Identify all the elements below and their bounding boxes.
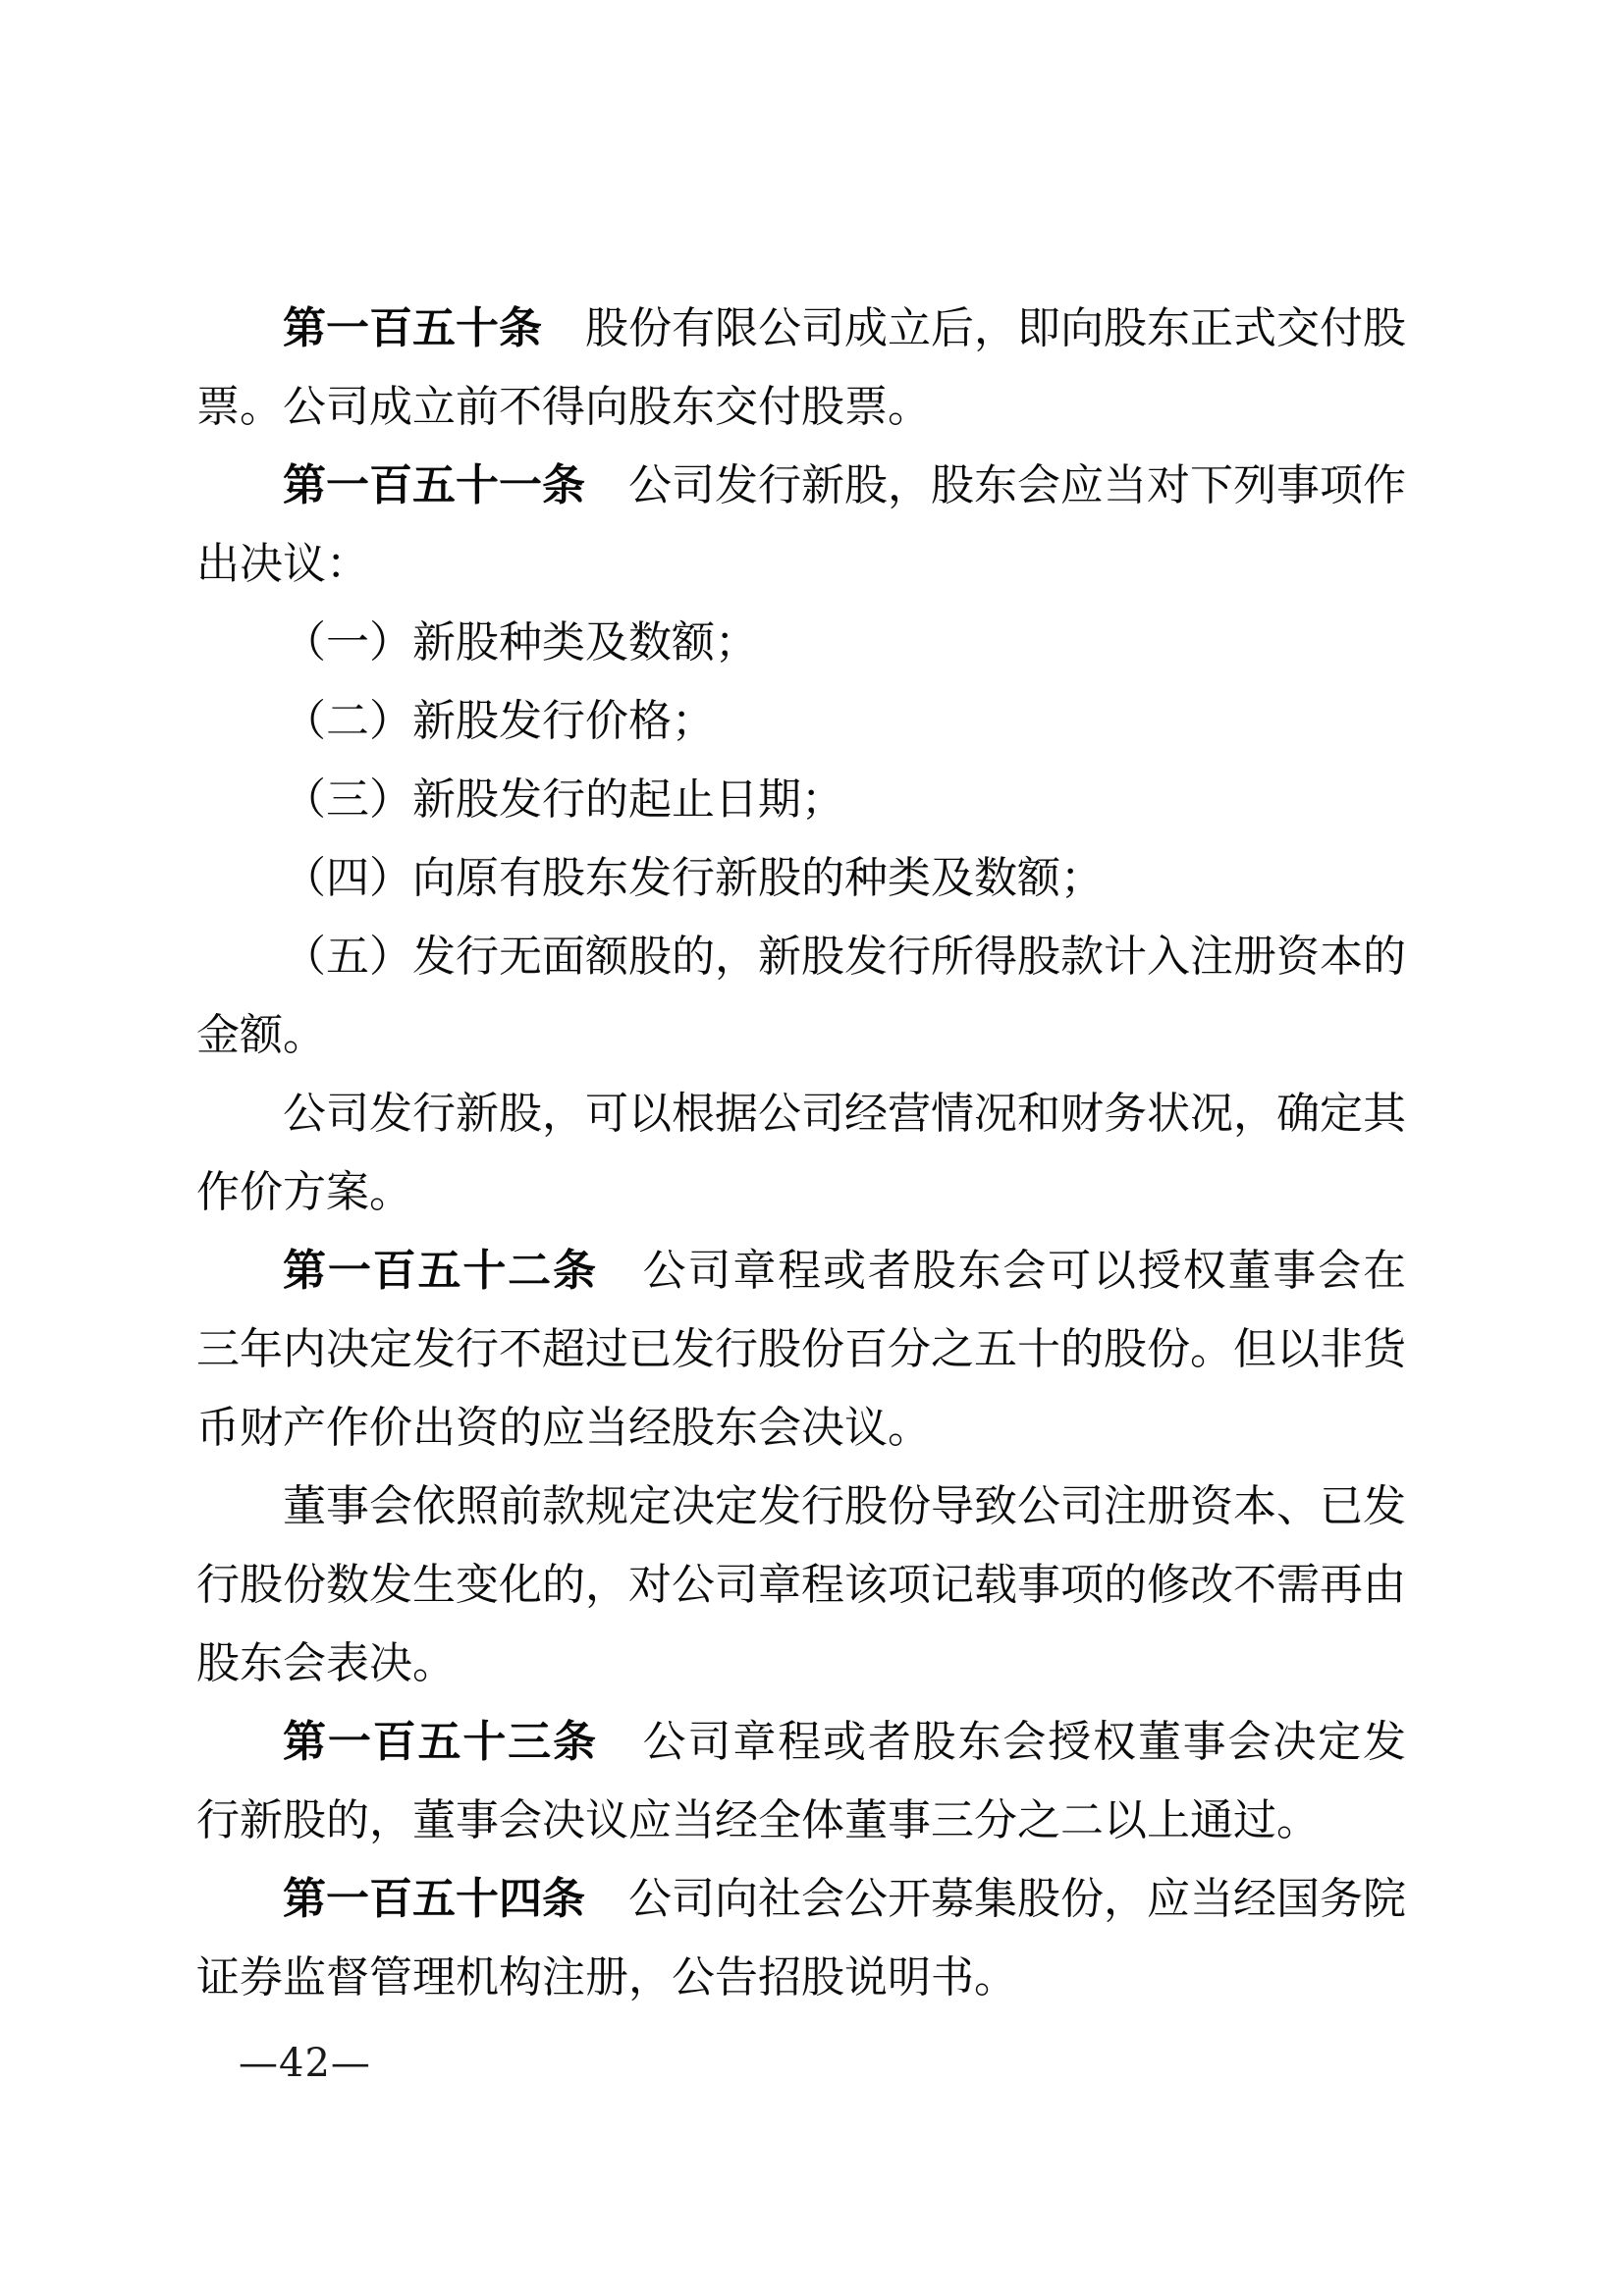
article-number: 第一百五十三条 (283, 1718, 598, 1766)
text-line-16: 董事会依照前款规定决定发行股份导致公司注册资本、已发 (196, 1468, 1406, 1546)
text-run: 票。公司成立前不得向股东交付股票。 (196, 383, 931, 431)
text-run: （一）新股种类及数额； (283, 618, 758, 667)
text-line-5: （一）新股种类及数额； (196, 604, 1406, 682)
article-number: 第一百五十条 (283, 304, 542, 352)
text-line-4: 出决议： (196, 525, 1406, 604)
text-line-19: 第一百五十三条 公司章程或者股东会授权董事会决定发 (196, 1703, 1406, 1782)
text-line-13: 第一百五十二条 公司章程或者股东会可以授权董事会在 (196, 1232, 1406, 1310)
text-run: 公司章程或者股东会授权董事会决定发 (598, 1718, 1406, 1766)
text-run: 公司发行新股，股东会应当对下列事项作 (585, 461, 1406, 509)
text-run: 行新股的，董事会决议应当经全体董事三分之二以上通过。 (196, 1796, 1320, 1844)
text-run: 金额。 (196, 1011, 326, 1059)
text-line-2: 票。公司成立前不得向股东交付股票。 (196, 368, 1406, 447)
text-line-10: 金额。 (196, 996, 1406, 1075)
text-line-3: 第一百五十一条 公司发行新股，股东会应当对下列事项作 (196, 447, 1406, 525)
text-line-22: 证券监督管理机构注册，公告招股说明书。 (196, 1939, 1406, 2017)
text-line-9: （五）发行无面额股的，新股发行所得股款计入注册资本的 (196, 918, 1406, 996)
text-run: 公司向社会公开募集股份，应当经国务院 (585, 1875, 1406, 1923)
text-line-18: 股东会表决。 (196, 1625, 1406, 1703)
text-run: 行股份数发生变化的，对公司章程该项记载事项的修改不需再由 (196, 1561, 1406, 1609)
text-line-7: （三）新股发行的起止日期； (196, 761, 1406, 839)
text-run: 作价方案。 (196, 1168, 412, 1216)
text-run: 股东会表决。 (196, 1639, 456, 1687)
text-line-1: 第一百五十条 股份有限公司成立后，即向股东正式交付股 (196, 290, 1406, 368)
article-number: 第一百五十二条 (283, 1247, 598, 1295)
article-number: 第一百五十一条 (283, 461, 585, 509)
page-number: —42— (239, 2034, 371, 2093)
text-run: （四）向原有股东发行新股的种类及数额； (283, 854, 1104, 902)
text-line-14: 三年内决定发行不超过已发行股份百分之五十的股份。但以非货 (196, 1310, 1406, 1389)
text-line-11: 公司发行新股，可以根据公司经营情况和财务状况，确定其 (196, 1075, 1406, 1153)
text-run: （三）新股发行的起止日期； (283, 775, 844, 824)
text-line-17: 行股份数发生变化的，对公司章程该项记载事项的修改不需再由 (196, 1546, 1406, 1625)
text-line-12: 作价方案。 (196, 1153, 1406, 1232)
article-number: 第一百五十四条 (283, 1875, 585, 1923)
text-run: 三年内决定发行不超过已发行股份百分之五十的股份。但以非货 (196, 1325, 1406, 1373)
text-run: 出决议： (196, 540, 369, 588)
text-run: 公司章程或者股东会可以授权董事会在 (598, 1247, 1406, 1295)
text-run: 公司发行新股，可以根据公司经营情况和财务状况，确定其 (283, 1090, 1406, 1138)
text-run: 证券监督管理机构注册，公告招股说明书。 (196, 1953, 1017, 2002)
text-line-21: 第一百五十四条 公司向社会公开募集股份，应当经国务院 (196, 1860, 1406, 1939)
text-run: 币财产作价出资的应当经股东会决议。 (196, 1404, 931, 1452)
text-run: 股份有限公司成立后，即向股东正式交付股 (542, 304, 1406, 352)
text-line-6: （二）新股发行价格； (196, 682, 1406, 761)
document-page: 第一百五十条 股份有限公司成立后，即向股东正式交付股票。公司成立前不得向股东交付… (0, 0, 1624, 2296)
text-run: （五）发行无面额股的，新股发行所得股款计入注册资本的 (283, 933, 1406, 981)
document-body: 第一百五十条 股份有限公司成立后，即向股东正式交付股票。公司成立前不得向股东交付… (196, 290, 1406, 2017)
text-line-8: （四）向原有股东发行新股的种类及数额； (196, 839, 1406, 918)
text-line-15: 币财产作价出资的应当经股东会决议。 (196, 1389, 1406, 1468)
text-run: （二）新股发行价格； (283, 697, 715, 745)
text-run: 董事会依照前款规定决定发行股份导致公司注册资本、已发 (283, 1482, 1406, 1530)
text-line-20: 行新股的，董事会决议应当经全体董事三分之二以上通过。 (196, 1782, 1406, 1860)
